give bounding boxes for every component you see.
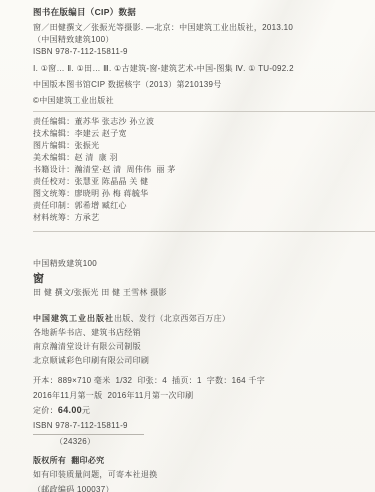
footer-block: 版权所有 翻印必究 如有印装质量问题，可寄本社退换 （邮政编码 100037）	[33, 454, 375, 492]
cip-classification: Ⅰ. ①窗… Ⅱ. ①田… Ⅲ. ①古建筑-窗-建筑艺术-中国-图集 Ⅳ. ① …	[33, 63, 375, 75]
credit-row-proofreading: 责任校对：张慧亚 陈晶晶 关 健	[33, 176, 375, 188]
price-value: 64.00	[58, 405, 82, 415]
credit-row-editor: 责任编辑：董苏华 张志沙 孙立波	[33, 116, 375, 128]
publishing-block: 中国建筑工业出版社出版、发行（北京西郊百万庄） 各地新华书店、建筑书店经销 南京…	[33, 311, 375, 368]
credit-row-materials: 材料统筹：方承艺	[33, 212, 375, 224]
quality-note-line: 如有印装质量问题，可寄本社退换	[33, 468, 375, 483]
credit-row-print-production: 责任印制：郭希增 臧红心	[33, 200, 375, 212]
credit-names: 董苏华 张志沙 孙立波	[75, 117, 155, 126]
book-byline: 田 健 撰文/张振光 田 健 王雪林 摄影	[33, 286, 375, 300]
postcode-line: （邮政编码 100037）	[33, 483, 375, 492]
rights-line: 版权所有 翻印必究	[33, 454, 375, 469]
publisher-line: 中国建筑工业出版社出版、发行（北京西郊百万庄）	[33, 311, 375, 326]
price-unit: 元	[82, 406, 90, 415]
credit-label: 责任印制：	[33, 201, 75, 210]
credit-row-photo-editor: 图片编辑：张振光	[33, 140, 375, 152]
format-line: 开本：889×710 毫米 1/32 印张：4 插页：1 字数：164 千字	[33, 374, 375, 389]
edition-line: 2016年11月第一版 2016年11月第一次印刷	[33, 389, 375, 404]
credit-names: 方承艺	[75, 213, 100, 222]
plate-making-line: 南京瀚清堂设计有限公司制版	[33, 340, 375, 354]
credit-names: 张慧亚 陈晶晶 关 健	[75, 177, 149, 186]
credit-label: 书籍设计：	[33, 165, 75, 174]
credit-names: 郭希增 臧红心	[75, 201, 127, 210]
cip-description: 窗／田健撰文／张振光等摄影. —北京：中国建筑工业出版社，2013.10	[33, 22, 375, 34]
credit-label: 图片编辑：	[33, 141, 75, 150]
divider-top	[33, 111, 375, 112]
publisher-suffix: 出版、发行（北京西郊百万庄）	[114, 314, 230, 323]
credit-names: 张振光	[75, 141, 100, 150]
copyright-line: ©中国建筑工业出版社	[33, 95, 375, 107]
credit-row-art-editor: 美术编辑：赵 清 康 羽	[33, 152, 375, 164]
publisher-name: 中国建筑工业出版社	[33, 313, 114, 323]
book-code: （24326）	[55, 435, 375, 450]
credit-label: 责任校对：	[33, 177, 75, 186]
divider-middle	[33, 231, 375, 232]
distribution-line: 各地新华书店、建筑书店经销	[33, 326, 375, 340]
credits-block: 责任编辑：董苏华 张志沙 孙立波 技术编辑：李建云 赵子宽 图片编辑：张振光 美…	[33, 116, 375, 224]
price-label: 定价：	[33, 406, 58, 415]
book-title: 窗	[33, 272, 375, 286]
isbn-line: ISBN 978-7-112-15811-9	[33, 419, 375, 436]
credit-label: 技术编辑：	[33, 129, 75, 138]
credit-label: 图文统筹：	[33, 189, 75, 198]
book-series: 中国精致建筑100	[33, 258, 375, 270]
cip-series: （中国精致建筑100）	[33, 34, 375, 46]
credit-row-book-design: 书籍设计：瀚清堂·赵 清 周伟伟 丽 茅	[33, 164, 375, 176]
credit-names: 赵 清 康 羽	[75, 153, 118, 162]
credit-names: 李建云 赵子宽	[75, 129, 127, 138]
cip-record: 中国版本图书馆CIP 数据核字（2013）第210139号	[33, 79, 375, 91]
credit-row-coordination: 图文统筹：廖晓明 孙 梅 蒋毓华	[33, 188, 375, 200]
copyright-page: 图书在版编目（CIP）数据 窗／田健撰文／张振光等摄影. —北京：中国建筑工业出…	[0, 0, 375, 492]
cip-header: 图书在版编目（CIP）数据	[33, 6, 375, 18]
credit-names: 廖晓明 孙 梅 蒋毓华	[75, 189, 149, 198]
credit-names: 瀚清堂·赵 清 周伟伟 丽 茅	[75, 165, 176, 174]
credit-label: 美术编辑：	[33, 153, 75, 162]
price-line: 定价：64.00元	[33, 403, 375, 419]
cip-isbn: ISBN 978-7-112-15811-9	[33, 46, 375, 58]
print-spec-block: 开本：889×710 毫米 1/32 印张：4 插页：1 字数：164 千字 2…	[33, 374, 375, 450]
printing-line: 北京顺诚彩色印刷有限公司印刷	[33, 354, 375, 368]
isbn-text: ISBN 978-7-112-15811-9	[33, 419, 144, 436]
credit-row-tech-editor: 技术编辑：李建云 赵子宽	[33, 128, 375, 140]
credit-label: 材料统筹：	[33, 213, 75, 222]
credit-label: 责任编辑：	[33, 117, 75, 126]
